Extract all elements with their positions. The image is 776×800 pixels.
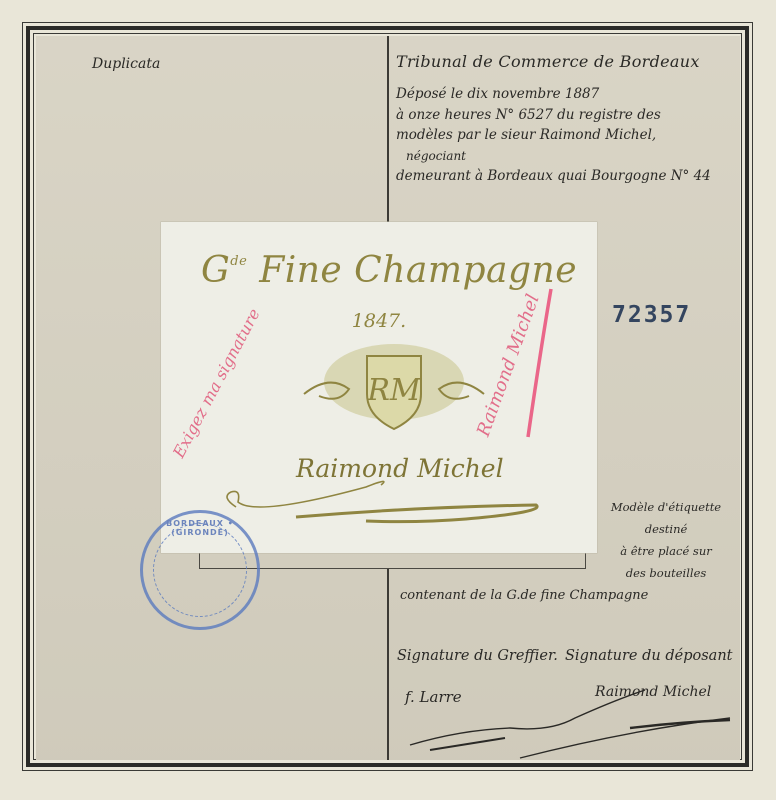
court-title: Tribunal de Commerce de Bordeaux xyxy=(396,52,700,71)
court-seal-stamp: BORDEAUX • (GIRONDE) xyxy=(140,510,260,630)
model-description: Modèle d'étiquette destiné à être placé … xyxy=(590,496,742,584)
column-divider-bottom xyxy=(387,569,389,760)
monogram-crest-icon: RM xyxy=(289,334,499,434)
deposit-line-register: à onze heures N° 6527 du registre des xyxy=(396,105,711,126)
deposit-line-address: demeurant à Bordeaux quai Bourgogne N° 4… xyxy=(396,166,711,187)
column-divider-top xyxy=(387,36,389,222)
registration-number-stamp: 72357 xyxy=(612,302,691,328)
duplicata-annotation: Duplicata xyxy=(92,56,160,72)
court-seal-inner-ring xyxy=(153,523,247,617)
model-description-line: Modèle d'étiquette xyxy=(590,496,742,518)
contents-line: contenant de la G.de fine Champagne xyxy=(400,588,648,603)
model-description-line: des bouteilles xyxy=(590,562,742,584)
deposit-line-depositor: modèles par le sieur Raimond Michel, xyxy=(396,125,711,146)
deposit-line-profession: négociant xyxy=(396,146,711,167)
model-description-line: destiné xyxy=(590,518,742,540)
label-title-prefix: G xyxy=(201,250,230,291)
signature-strokes-icon xyxy=(400,690,740,760)
deposit-line-date: Déposé le dix novembre 1887 xyxy=(396,84,711,105)
greffier-signature-label: Signature du Greffier. xyxy=(397,648,558,664)
label-title: Gde Fine Champagne xyxy=(201,250,577,291)
model-description-line: à être placé sur xyxy=(590,540,742,562)
signature-flourish-icon xyxy=(216,477,546,527)
champagne-label: Gde Fine Champagne 1847. RM Raimond Mich… xyxy=(161,222,597,553)
depositor-signature-label: Signature du déposant xyxy=(565,648,732,664)
label-title-superscript: de xyxy=(230,254,247,269)
court-seal-text: BORDEAUX • (GIRONDE) xyxy=(143,519,257,537)
deposit-record: Déposé le dix novembre 1887 à onze heure… xyxy=(396,84,711,187)
svg-text:RM: RM xyxy=(366,373,422,408)
label-title-main: Fine Champagne xyxy=(259,250,577,291)
red-signature-stroke-icon xyxy=(516,287,556,447)
